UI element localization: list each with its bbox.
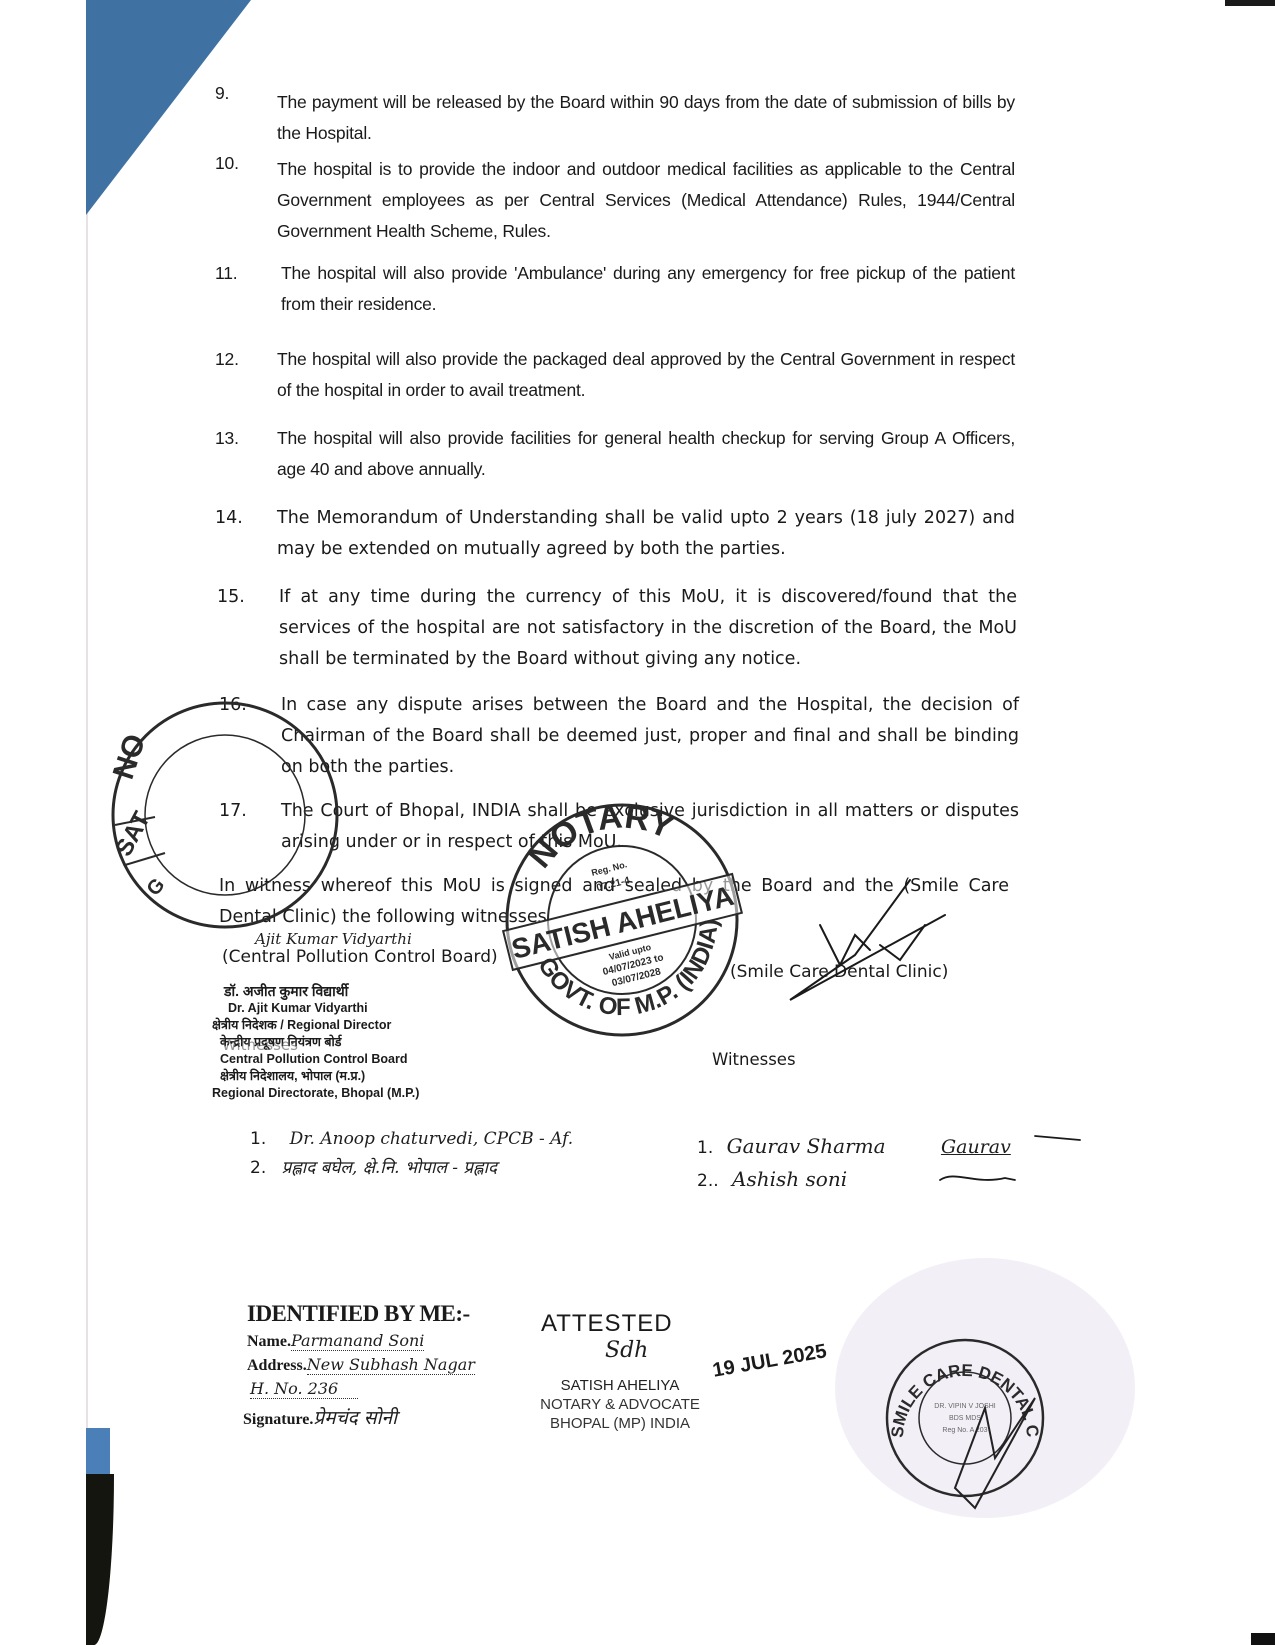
stamp-line: क्षेत्रीय निदेशालय, भोपाल (म.प्र.) [212, 1068, 452, 1085]
stamp-line: Regional Directorate, Bhopal (M.P.) [212, 1085, 452, 1102]
notary-address-stamp: SATISH AHELIYA NOTARY & ADVOCATE BHOPAL … [525, 1376, 715, 1433]
notary-line: SATISH AHELIYA [525, 1376, 715, 1395]
svg-text:04/07/2023 to: 04/07/2023 to [602, 952, 665, 978]
scan-margin [0, 0, 86, 1645]
witness-number: 2.. [697, 1171, 719, 1191]
scan-edge-mark [1225, 0, 1275, 6]
identified-signature-row: Signature.प्रेमचंद सोनी [243, 1407, 397, 1431]
identified-by-heading: IDENTIFIED BY ME:- [247, 1303, 470, 1325]
identified-address-line2: H. No. 236 [250, 1378, 358, 1400]
clause-number: 14. [215, 503, 270, 534]
notary-line: BHOPAL (MP) INDIA [525, 1414, 715, 1433]
attested-signature: Sdh [605, 1340, 648, 1362]
witness-number: 1. [697, 1138, 713, 1158]
right-witness-2: 2.. Ashish soni [697, 1168, 847, 1192]
identified-name-row: Name.Parmanand Soni [247, 1330, 424, 1353]
right-witness-heading: Witnesses [712, 1049, 796, 1071]
left-witness-1: 1. Dr. Anoop chaturvedi, CPCB - Af. [250, 1128, 573, 1150]
identified-address-row: Address.New Subhash Nagar [247, 1354, 475, 1377]
svg-text:03/07/2028: 03/07/2028 [611, 966, 663, 989]
clause-text: The hospital will also provide the packa… [277, 344, 1015, 406]
clause-text: The Court of Bhopal, INDIA shall be excl… [281, 796, 1019, 858]
svg-text:SMILE CARE DENTAL CLINIC: SMILE CARE DENTAL CLINIC [888, 1361, 1042, 1439]
svg-text:Reg No. A 203: Reg No. A 203 [942, 1427, 987, 1434]
signature-label: Signature. [243, 1411, 313, 1428]
address-line2-value: H. No. 236 [250, 1379, 358, 1399]
witness-signature: Gaurav [941, 1136, 1011, 1158]
clause-text: The hospital is to provide the indoor an… [277, 154, 1015, 247]
clause-number: 16. [219, 690, 274, 721]
clause-number: 10. [215, 148, 270, 179]
svg-text:G: G [143, 874, 170, 900]
scan-edge-mark [1251, 1633, 1275, 1645]
clause-number: 13. [215, 423, 270, 454]
right-witness-1: 1. Gaurav Sharma Gaurav [697, 1135, 1011, 1159]
clause-text: The Memorandum of Understanding shall be… [277, 503, 1015, 565]
left-witness-heading: Witnesses [222, 1034, 298, 1056]
binder-tab-blue [86, 1428, 110, 1474]
clause-text: If at any time during the currency of th… [279, 582, 1017, 675]
svg-text:DR. VIPIN V JOSHI: DR. VIPIN V JOSHI [934, 1403, 996, 1410]
left-witness-2: 2. प्रह्लाद बघेल, क्षे.नि. भोपाल - प्रह्… [250, 1157, 497, 1179]
stamp-line: डॉ. अजीत कुमार विद्यार्थी [212, 983, 452, 1000]
stamp-line: Dr. Ajit Kumar Vidyarthi [212, 1000, 452, 1017]
signature-value: प्रेमचंद सोनी [313, 1407, 397, 1429]
witness-paragraph: In witness whereof this MoU is signed an… [219, 871, 1009, 933]
stamp-line: क्षेत्रीय निदेशक / Regional Director [212, 1017, 452, 1034]
clause-number: 17. [219, 796, 274, 827]
name-value: Parmanand Soni [291, 1331, 424, 1351]
clause-text: The hospital will also provide 'Ambulanc… [281, 258, 1015, 320]
witness-number: 2. [250, 1158, 266, 1178]
clinic-seal: SMILE CARE DENTAL CLINIC DR. VIPIN V JOS… [835, 1258, 1135, 1518]
clause-number: 12. [215, 344, 270, 375]
name-label: Name. [247, 1333, 291, 1350]
svg-text:SAT: SAT [110, 807, 156, 861]
witness-handwriting: Gaurav Sharma [727, 1134, 886, 1158]
attested-title: ATTESTED [541, 1313, 673, 1335]
left-party-label: (Central Pollution Control Board) [222, 946, 498, 968]
witness-handwriting: Ashish soni [732, 1167, 847, 1191]
witness-handwriting: Dr. Anoop chaturvedi, CPCB - Af. [290, 1129, 574, 1149]
clause-text: The hospital will also provide facilitie… [277, 423, 1015, 485]
right-party-label: (Smile Care Dental Clinic) [730, 961, 948, 983]
svg-text:Valid upto: Valid upto [608, 942, 653, 962]
binder-tab-dark [86, 1474, 114, 1645]
date-stamp: 19 JUL 2025 [711, 1340, 828, 1382]
witness-handwriting: प्रह्लाद बघेल, क्षे.नि. भोपाल - प्रह्लाद [282, 1158, 497, 1178]
clause-text: The payment will be released by the Boar… [277, 87, 1015, 149]
address-value: New Subhash Nagar [307, 1355, 475, 1375]
address-label: Address. [247, 1357, 307, 1374]
page-edge [86, 0, 88, 1645]
witness-number: 1. [250, 1129, 266, 1149]
notary-line: NOTARY & ADVOCATE [525, 1395, 715, 1414]
svg-text:NO: NO [107, 730, 152, 783]
clause-number: 15. [217, 582, 272, 613]
clause-number: 9. [215, 78, 270, 109]
svg-text:BDS MDS: BDS MDS [949, 1415, 981, 1422]
clause-text: In case any dispute arises between the B… [281, 690, 1019, 783]
clause-number: 11. [215, 258, 270, 289]
